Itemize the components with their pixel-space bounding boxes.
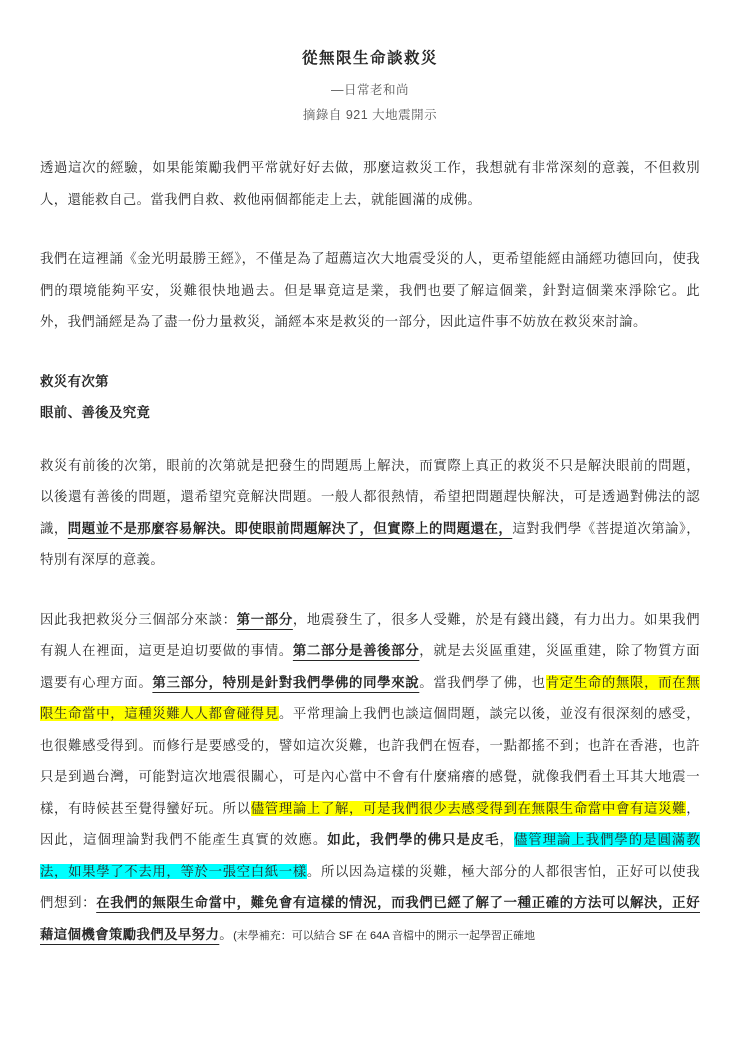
paragraph: 我們在這裡誦《金光明最勝王經》，不僅是為了超薦這次大地震受災的人，更希望能經由誦… [40,243,700,338]
document-page: 從無限生命談救災 —日常老和尚 摘錄自 921 大地震開示 透過這次的經驗，如果… [0,0,740,1046]
text-run-plain: 。當我們學了佛，也 [419,675,545,690]
text-run-yellow: 儘管理論上了解，可是我們很少去感受得到在無限生命當中會有這災難 [251,801,686,816]
paragraph: 因此我把救災分三個部分來談：第一部分，地震發生了，很多人受難，於是有錢出錢，有力… [40,604,700,953]
text-run-plain: 我們在這裡誦《金光明最勝王經》，不僅是為了超薦這次大地震受災的人，更希望能經由誦… [40,251,700,329]
text-run-bold: 如此，我們學的佛只是皮毛 [327,832,499,847]
document-body: 透過這次的經驗，如果能策勵我們平常就好好去做，那麼這救災工作，我想就有非常深刻的… [40,152,700,952]
text-run-bold: 眼前、善後及究竟 [40,405,150,420]
document-author-line: —日常老和尚 [40,78,700,103]
text-run-plain: 透過這次的經驗，如果能策勵我們平常就好好去做，那麼這救災工作，我想就有非常深刻的… [40,160,700,207]
text-run-plain: ， [500,832,514,847]
text-run-boldline: 問題並不是那麼容易解決。即使眼前問題解決了，但實際上的問題還在， [68,521,513,536]
text-run-small: (末學補充：可以結合 SF 在 64A 音檔中的開示一起學習正確地 [233,930,535,942]
text-run-boldline: 第二部分是善後部分 [293,643,419,658]
text-run-plain: 因此我把救災分三個部分來談： [40,612,237,627]
paragraph: 救災有前後的次第，眼前的次第就是把發生的問題馬上解決，而實際上真正的救災不只是解… [40,450,700,576]
text-run-boldline: 第三部分，特別是針對我們學佛的同學來說 [152,675,419,690]
document-title: 從無限生命談救災 [40,46,700,72]
section-heading: 眼前、善後及究竟 [40,397,700,429]
text-run-plain: 。平常理論上我們也談這個問題，談完以後，並沒有很深刻的感受，也很難感受得到。而修… [40,706,700,816]
section-heading: 救災有次第 [40,366,700,398]
text-run-plain: 。 [219,927,233,942]
document-source-line: 摘錄自 921 大地震開示 [40,103,700,128]
text-run-bold: 救災有次第 [40,374,109,389]
paragraph: 透過這次的經驗，如果能策勵我們平常就好好去做，那麼這救災工作，我想就有非常深刻的… [40,152,700,215]
text-run-boldline: 第一部分 [237,612,293,627]
